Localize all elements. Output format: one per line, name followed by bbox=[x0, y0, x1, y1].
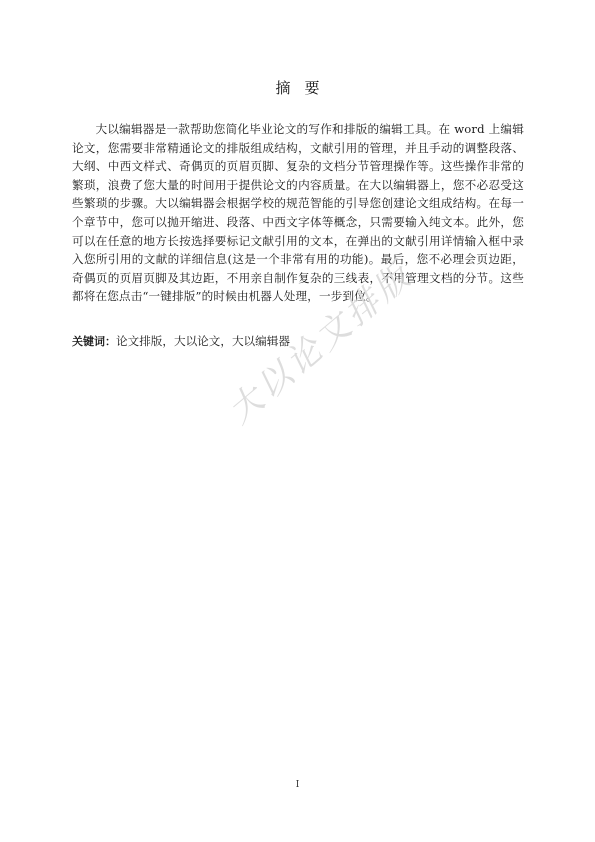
page-number: I bbox=[0, 780, 595, 790]
keywords-value: 论文排版，大以论文，大以编辑器 bbox=[116, 334, 290, 348]
abstract-paragraph: 大以编辑器是一款帮助您简化毕业论文的写作和排版的编辑工具。在 word 上编辑论… bbox=[72, 120, 524, 306]
document-page: 摘要 大以编辑器是一款帮助您简化毕业论文的写作和排版的编辑工具。在 word 上… bbox=[0, 0, 595, 842]
page-title: 摘要 bbox=[0, 77, 595, 98]
keywords-label: 关键词： bbox=[72, 335, 116, 348]
